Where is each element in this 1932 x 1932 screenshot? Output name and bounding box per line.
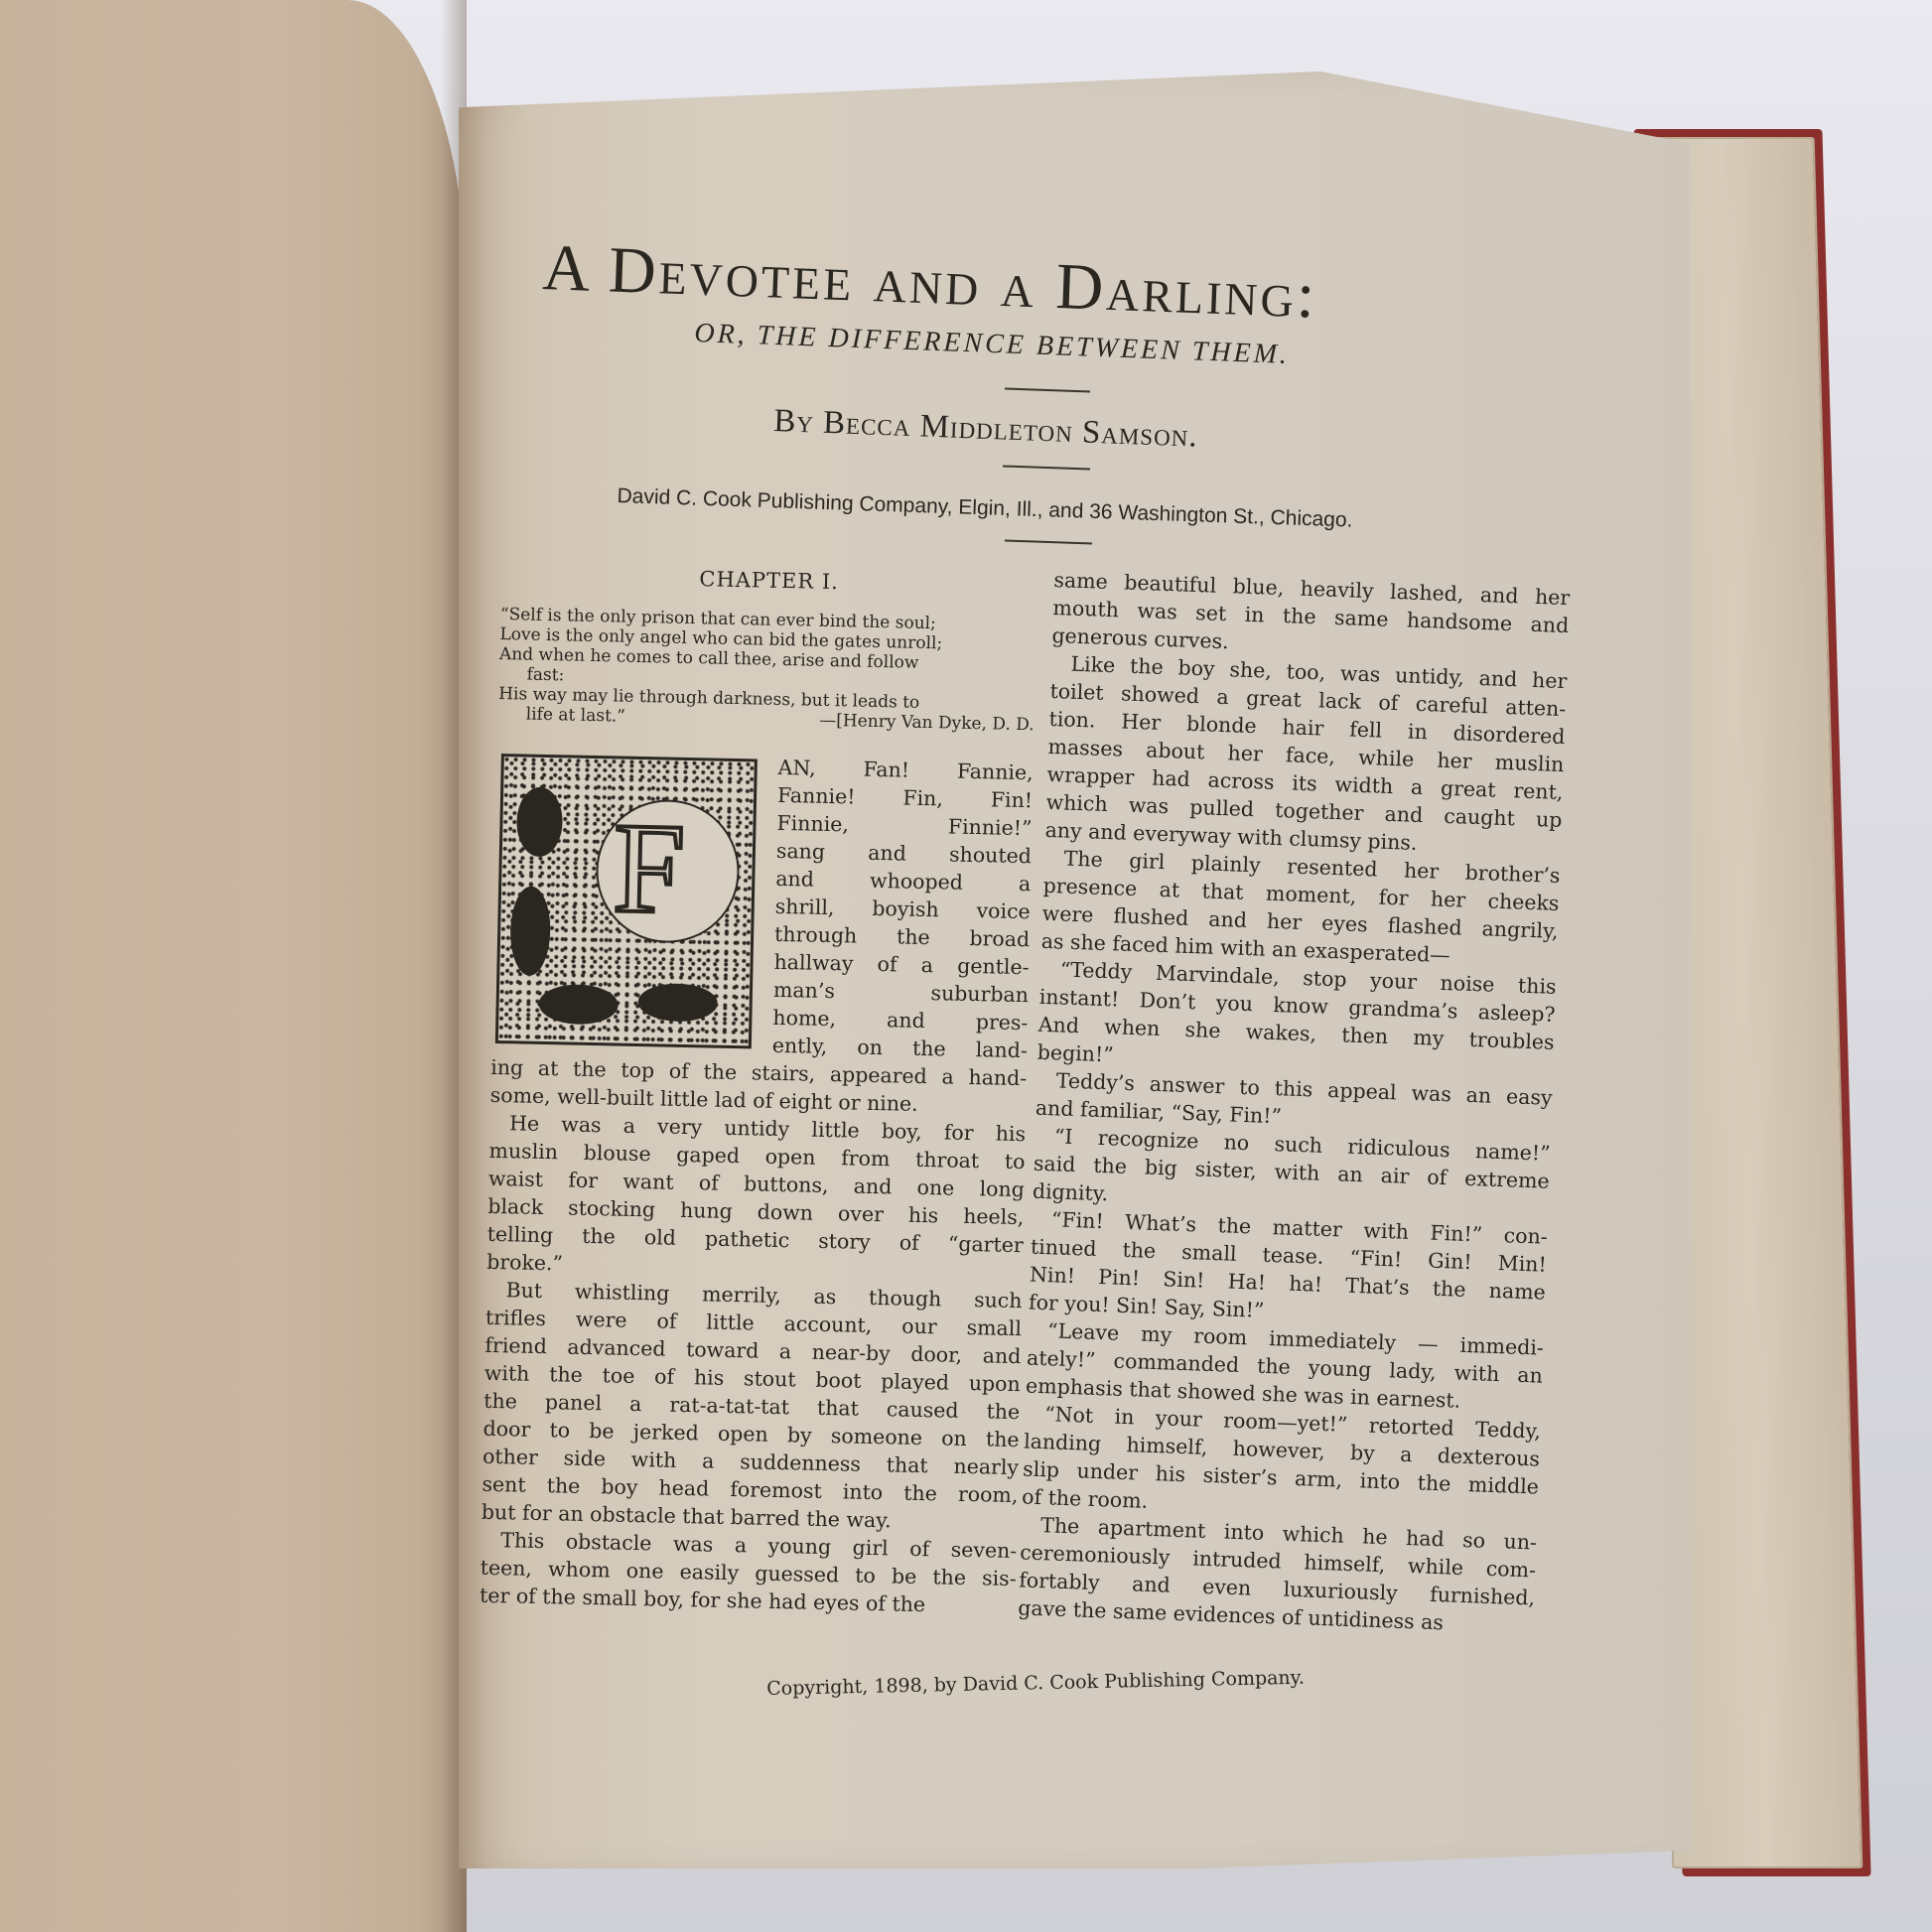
epigraph: “Self is the only prison that can ever b… <box>498 605 1036 735</box>
paragraph: This obstacle was a young girl of seven-… <box>480 1526 1018 1620</box>
author-byline: By Becca Middleton Samson. <box>773 403 1199 456</box>
paragraph: “Teddy Marvindale, stop your noise thisi… <box>1036 955 1557 1084</box>
text-column-right: same beautiful blue, heavily lashed, and… <box>1018 566 1571 1639</box>
paragraph: But whistling merrily, as though suchtri… <box>482 1276 1023 1537</box>
dropcap-letter: F <box>612 798 686 938</box>
paragraph: “Fin! What’s the matter with Fin!” con-t… <box>1029 1205 1549 1334</box>
ornamental-initial-f-icon: F <box>495 754 758 1048</box>
story-title: A Devotee and a Darling: <box>541 230 1516 342</box>
left-column-paragraphs: ing at the top of the stairs, appeared a… <box>480 1053 1028 1620</box>
divider-rule <box>1003 465 1090 470</box>
page-content: A Devotee and a Darling: OR, THE DIFFERE… <box>0 0 1932 1932</box>
publisher-imprint: David C. Cook Publishing Company, Elgin,… <box>617 484 1353 533</box>
chapter-heading: CHAPTER I. <box>500 561 1036 600</box>
divider-rule <box>1005 539 1092 544</box>
paragraph: He was a very untidy little boy, for his… <box>486 1109 1026 1287</box>
epigraph-attribution: —[Henry Van Dyke, D. D. <box>819 711 1035 736</box>
divider-rule <box>1005 387 1090 392</box>
paragraph: The girl plainly resented her brother’sp… <box>1040 844 1561 973</box>
paragraph: Like the boy she, too, was untidy, and h… <box>1044 649 1568 862</box>
paragraph: “Not in your room—yet!” retorted Teddy,l… <box>1022 1399 1542 1528</box>
text-column-left: CHAPTER I. “Self is the only prison that… <box>480 561 1037 1620</box>
paragraph: The apartment into which he had so un-ce… <box>1018 1510 1538 1639</box>
right-column-paragraphs: same beautiful blue, heavily lashed, and… <box>1018 566 1571 1639</box>
copyright-footer: Copyright, 1898, by David C. Cook Publis… <box>766 1667 1305 1700</box>
